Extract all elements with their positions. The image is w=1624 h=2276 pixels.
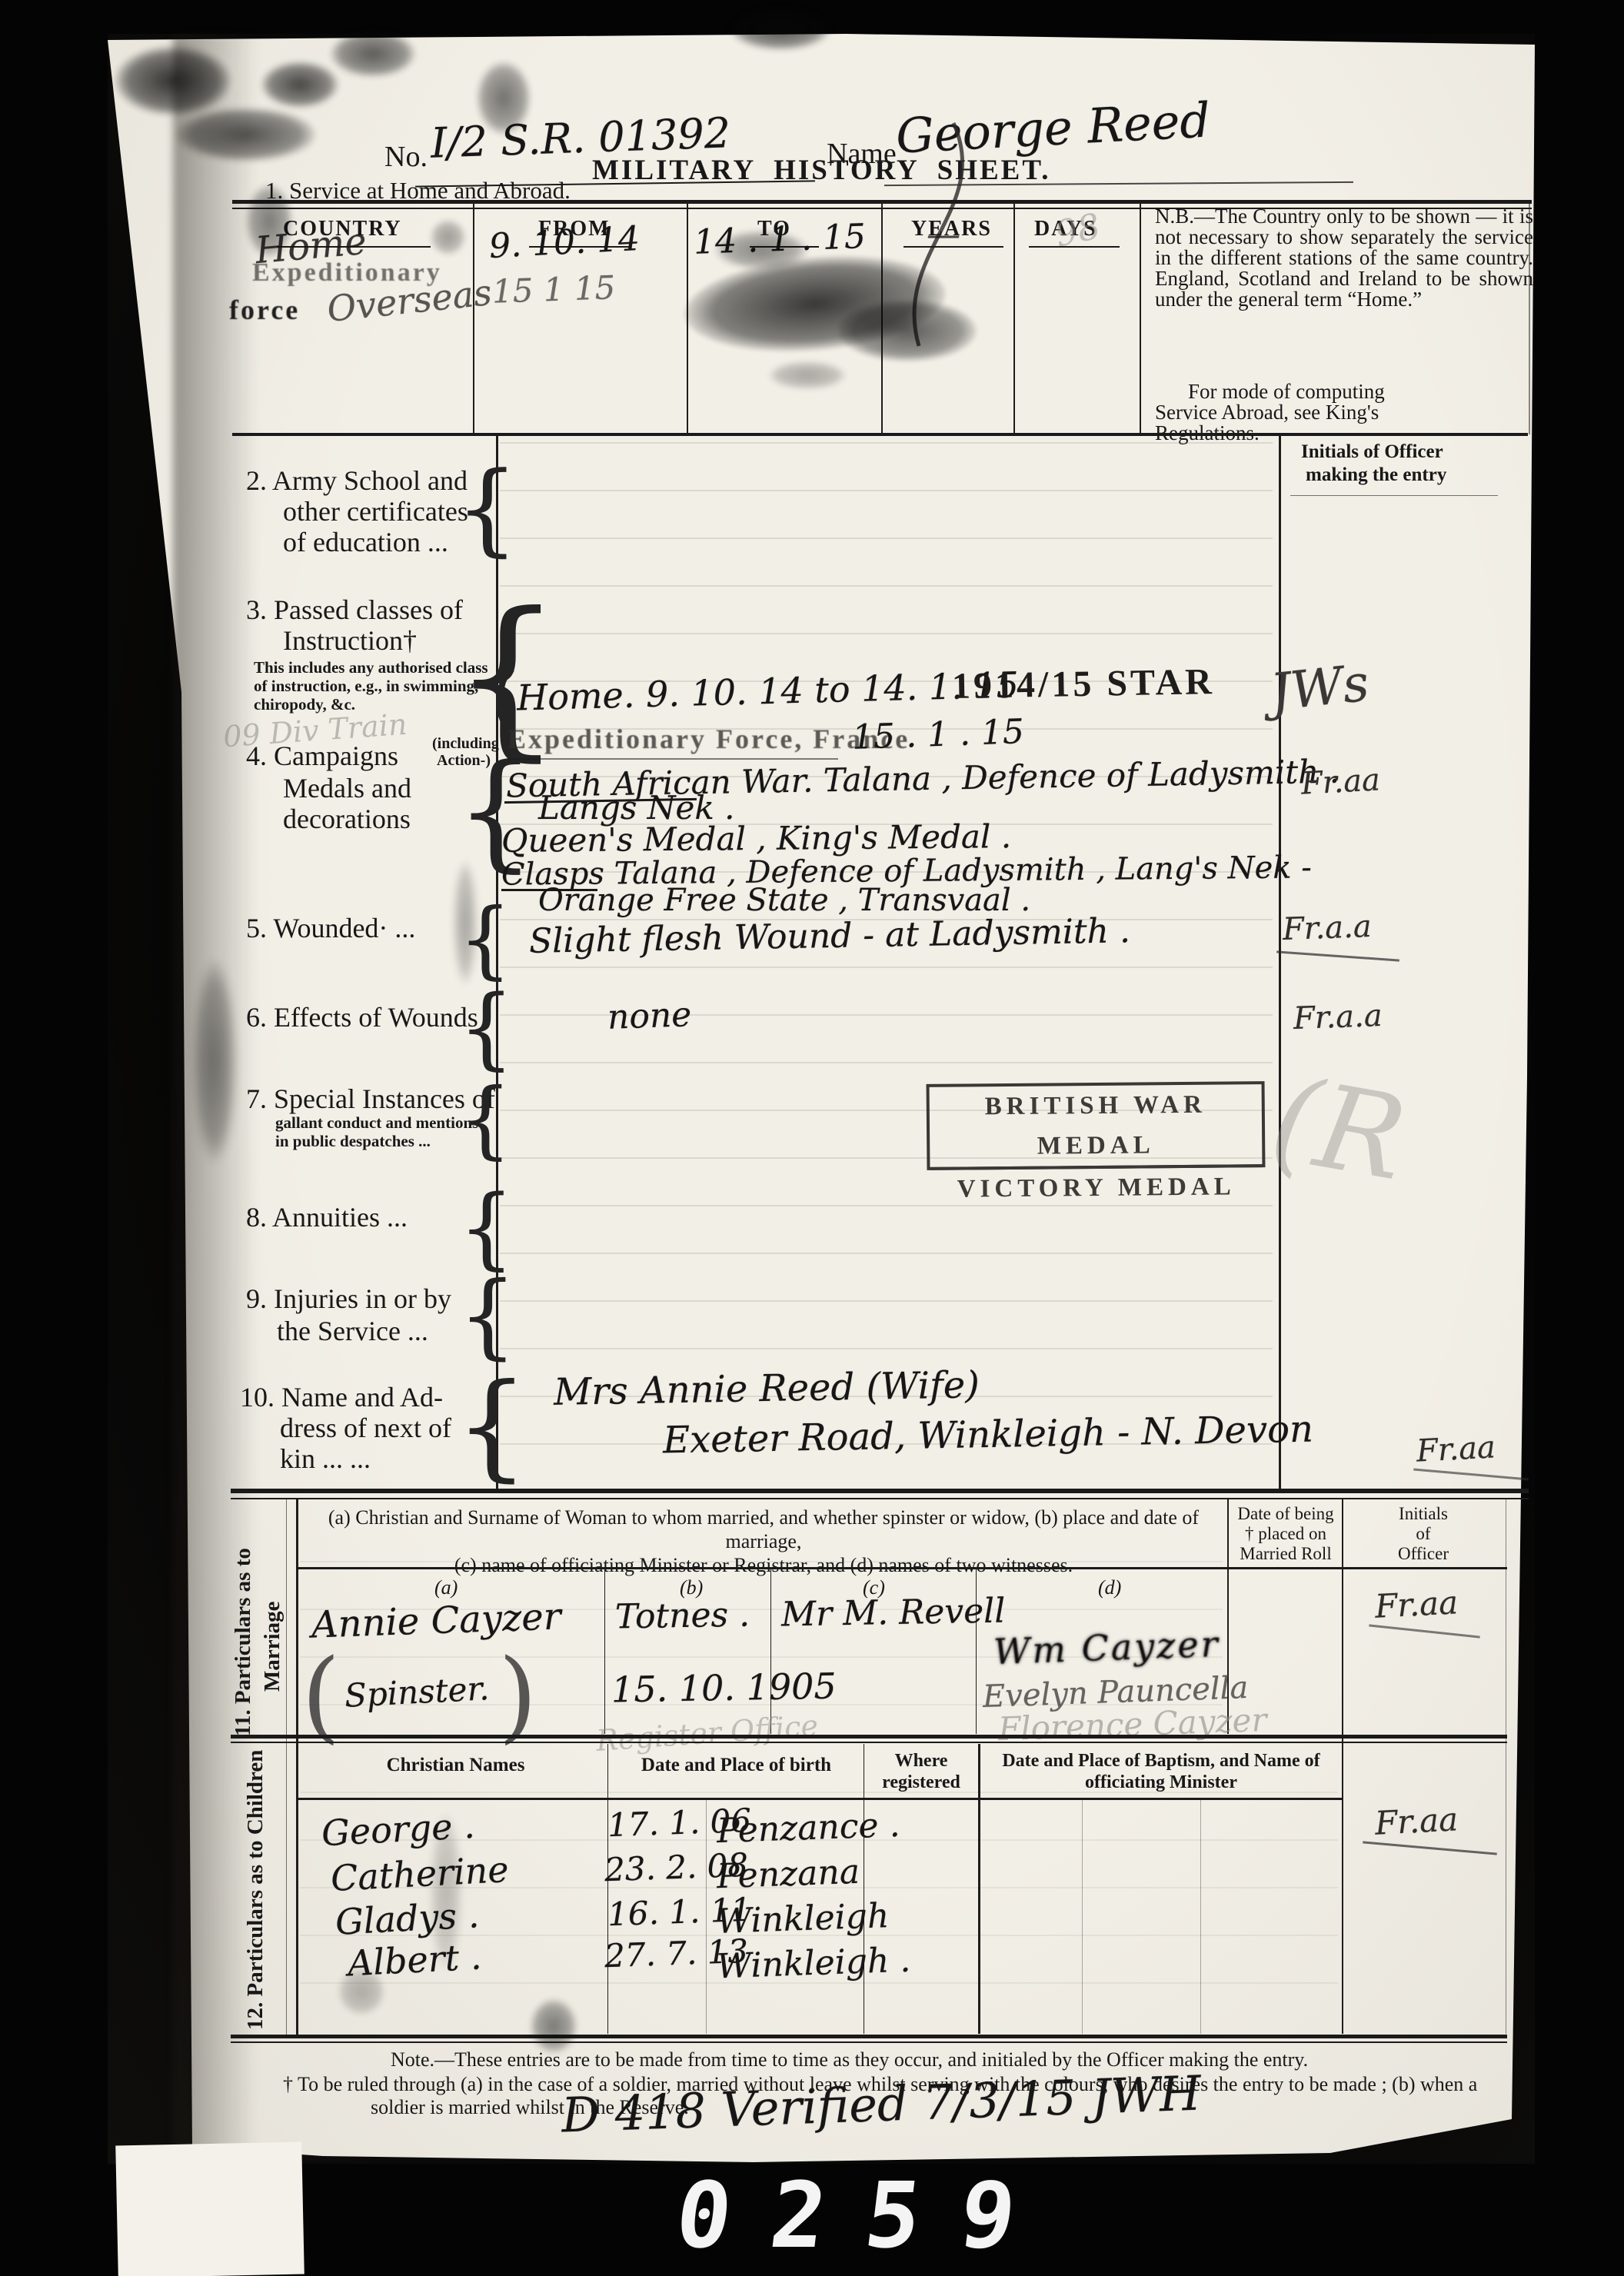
row2-from: 15 1 15	[491, 268, 616, 311]
right-border	[1506, 1499, 1506, 2034]
marriage-officer-initials: Fr.aa	[1374, 1583, 1459, 1625]
initials-header-underline	[1290, 495, 1498, 496]
sec2-line1: 2. Army School and	[246, 464, 468, 497]
sec8-line1: 8. Annuities ...	[246, 1201, 408, 1233]
microfilm-scan: No. I/2 S.R. 01392 Name George Reed MILI…	[0, 0, 1624, 2276]
children-div-4	[1082, 1799, 1083, 2034]
initials-header-1: Initials of Officer	[1301, 441, 1443, 463]
medal-stamp-line2: VICTORY MEDAL	[930, 1167, 1262, 1209]
sec6-brace: {	[458, 984, 514, 1073]
nb-note: N.B.—The Country only to be shown — it i…	[1155, 206, 1533, 310]
children-col-registered: Where registered	[867, 1750, 975, 1793]
child2-place: Penzana	[716, 1852, 860, 1896]
row1-years: —	[927, 215, 960, 255]
medal-stamp-box: BRITISH WAR MEDAL VICTORY MEDAL	[927, 1081, 1266, 1170]
table-bottom-rule	[232, 433, 1279, 436]
ink-smudge	[331, 31, 415, 77]
film-frame-window	[115, 2141, 304, 2276]
children-row-label: 12. Particulars as to Children	[243, 1753, 268, 2030]
children-col-birth: Date and Place of birth	[611, 1755, 861, 1776]
sec4-line1: 4. Campaigns	[246, 740, 398, 772]
marriage-div-ab	[604, 1569, 605, 1734]
ink-smudge	[477, 62, 531, 135]
star-medal-stamp: 1914/15 STAR	[952, 661, 1216, 707]
ink-smudge	[261, 62, 338, 108]
marriage-witness-1: Wm Cayzer	[993, 1623, 1220, 1672]
sec9-line2: the Service ...	[277, 1315, 428, 1347]
ink-speckle	[431, 1815, 461, 1968]
entry-effects: none	[607, 995, 692, 1037]
sec3-line1: 3. Passed classes of	[246, 594, 463, 626]
married-roll-header: Date of being† placed onMarried Roll	[1232, 1504, 1339, 1564]
table-divider-4	[1013, 201, 1015, 434]
children-div-2	[864, 1744, 864, 2034]
initials-header-2: making the entry	[1306, 464, 1446, 486]
ruled-lines-main	[500, 442, 1273, 1488]
children-header-rule	[296, 1798, 1342, 1800]
officer-initials-e: Fr.aa	[1416, 1429, 1496, 1469]
ink-smudge	[246, 185, 292, 258]
sec8-brace: {	[458, 1184, 514, 1273]
margin-streak	[454, 861, 477, 984]
sec10-brace: {	[455, 1369, 528, 1484]
sec10-line1: 10. Name and Ad-	[240, 1381, 443, 1413]
sec3-note2: of instruction, e.g., in swimming,	[254, 677, 478, 696]
officer-initials-d: Fr.a.a	[1293, 998, 1383, 1037]
marriage-date: 15. 10. 1905	[611, 1665, 837, 1710]
marriage-bottom-rule	[231, 1735, 1507, 1739]
marriage-spinster: Spinster.	[344, 1669, 491, 1715]
film-frame-counter: 0259	[671, 2162, 1062, 2268]
ink-smudge	[531, 1999, 577, 2053]
col-letter-d: (d)	[1098, 1576, 1121, 1599]
children-bottom-rule	[231, 2035, 1507, 2038]
row2-country-stamp-b: force	[229, 294, 300, 326]
ink-smudge	[431, 220, 465, 255]
left-border	[296, 1499, 298, 2038]
entry-campaign-5: Orange Free State , Transvaal .	[538, 883, 1030, 918]
expeditionary-underline	[507, 758, 838, 760]
medal-stamp-line1: BRITISH WAR MEDAL	[930, 1084, 1263, 1170]
ink-blot	[715, 231, 807, 269]
table-divider-1	[473, 201, 474, 434]
marriage-top-rule2	[231, 1498, 1529, 1499]
sec2-line3: of education ...	[283, 526, 448, 558]
table-divider-5	[1140, 201, 1141, 434]
sec7-note1: gallant conduct and mentions	[275, 1113, 478, 1133]
marriage-top-rule	[231, 1489, 1529, 1493]
officer-initials-a: JWs	[1267, 654, 1372, 723]
officer-initials-b: Fr.aa	[1300, 762, 1381, 801]
sec2-line2: other certificates	[283, 495, 468, 527]
entry-kin-1: Mrs Annie Reed (Wife)	[554, 1363, 980, 1414]
marriage-div-bc	[770, 1569, 771, 1734]
spinster-close-paren: )	[498, 1645, 537, 1745]
sec6-line1: 6. Effects of Wounds	[246, 1001, 478, 1033]
officer-initials-c: Fr.a.a	[1282, 909, 1372, 947]
child1-place: Penzance .	[716, 1805, 900, 1851]
marriage-div-initials	[1342, 1499, 1343, 2034]
sec2-brace: {	[455, 458, 519, 558]
children-div-3	[978, 1744, 980, 2034]
initials-box-top	[1140, 433, 1528, 436]
sec9-line1: 9. Injuries in or by	[246, 1283, 451, 1315]
sec4-line3: decorations	[283, 803, 411, 835]
children-div-5	[1200, 1799, 1201, 2034]
marriage-initials-header: InitialsofOfficer	[1350, 1504, 1496, 1564]
children-bottom-rule2	[231, 2041, 1507, 2043]
initials-column-divider	[1279, 434, 1281, 1490]
sec7-brace: {	[458, 1076, 512, 1161]
marriage-minister: Mr M. Revell	[781, 1591, 1006, 1634]
children-div-1	[607, 1744, 608, 2034]
sec10-line3: kin ... ...	[280, 1442, 371, 1475]
sec4-line2: Medals and	[283, 772, 411, 804]
entry-expeditionary-date: 15 . 1 . 15	[851, 712, 1025, 757]
children-col-baptism: Date and Place of Baptism, and Name of o…	[988, 1750, 1334, 1793]
margin-streak	[194, 961, 236, 1161]
ink-blot	[838, 300, 977, 361]
marriage-header-line2: (c) name of officiating Minister or Regi…	[454, 1554, 1073, 1576]
ink-smudge	[730, 8, 830, 50]
col-letter-a: (a)	[434, 1576, 458, 1599]
ink-smudge	[115, 46, 231, 115]
marriage-header-line1: (a) Christian and Surname of Woman to wh…	[328, 1506, 1199, 1552]
sec9-brace: {	[458, 1270, 517, 1363]
sec7-note2: in public despatches ...	[275, 1132, 431, 1151]
ink-speckle	[338, 1968, 384, 2015]
no-label: No.	[384, 140, 428, 174]
entry-expeditionary-stamp: Expeditionary Force, France	[507, 723, 910, 755]
spinster-open-paren: (	[301, 1645, 341, 1745]
sec3-line2: Instruction†	[283, 624, 417, 657]
child4-place: Winkleigh .	[716, 1941, 911, 1987]
marriage-row-label: 11. Particulars as to	[231, 1506, 256, 1736]
row1-from: 9. 10. 14	[488, 219, 641, 266]
margin-pencil-scrawl: (R	[1262, 1052, 1415, 1206]
left-double-border	[286, 1499, 287, 2038]
children-col-names: Christian Names	[308, 1755, 604, 1776]
ink-smudge	[177, 108, 315, 161]
ink-blot	[769, 361, 846, 389]
children-officer-initials: Fr.aa	[1374, 1800, 1459, 1842]
marriage-row-label2: Marriage	[260, 1561, 285, 1692]
sec10-line2: dress of next of	[280, 1412, 451, 1444]
sec5-line1: 5. Wounded· ...	[246, 912, 415, 944]
marriage-place: Totnes .	[615, 1595, 750, 1636]
marriage-bottom-rule2	[231, 1742, 1507, 1743]
marriage-header-rule	[296, 1567, 1507, 1569]
